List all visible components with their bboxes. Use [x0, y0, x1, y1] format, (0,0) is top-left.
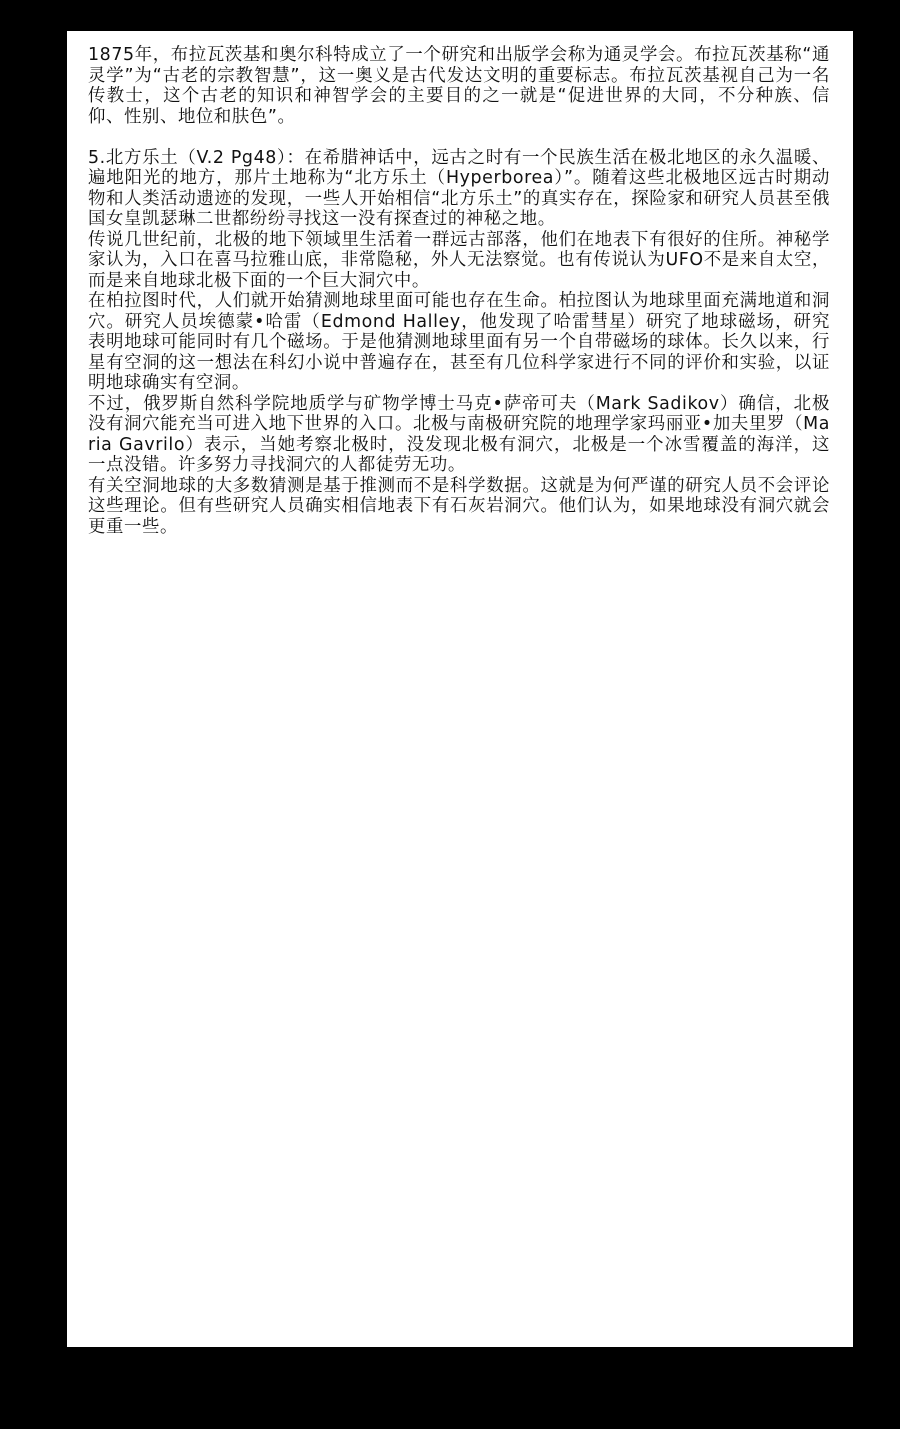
document-page: 1875年，布拉瓦茨基和奥尔科特成立了一个研究和出版学会称为通灵学会。布拉瓦茨基…: [67, 31, 853, 1347]
document-body: 1875年，布拉瓦茨基和奥尔科特成立了一个研究和出版学会称为通灵学会。布拉瓦茨基…: [88, 45, 830, 537]
paragraph-legend-underground-tribes: 传说几世纪前，北极的地下领域里生活着一群远古部落，他们在地表下有很好的住所。神秘…: [88, 230, 830, 292]
paragraph-plato-halley: 在柏拉图时代，人们就开始猜测地球里面可能也存在生命。柏拉图认为地球里面充满地道和…: [88, 291, 830, 394]
paragraph-hyperborea: 5.北方乐土（V.2 Pg48）：在希腊神话中，远古之时有一个民族生活在极北地区…: [88, 148, 830, 230]
paragraph-hollow-earth-speculation: 有关空洞地球的大多数猜测是基于推测而不是科学数据。这就是为何严谨的研究人员不会评…: [88, 476, 830, 538]
paragraph-sadikov-gavrilo: 不过，俄罗斯自然科学院地质学与矿物学博士马克•萨帝可夫（Mark Sadikov…: [88, 394, 830, 476]
paragraph-theosophical-society: 1875年，布拉瓦茨基和奥尔科特成立了一个研究和出版学会称为通灵学会。布拉瓦茨基…: [88, 45, 830, 127]
